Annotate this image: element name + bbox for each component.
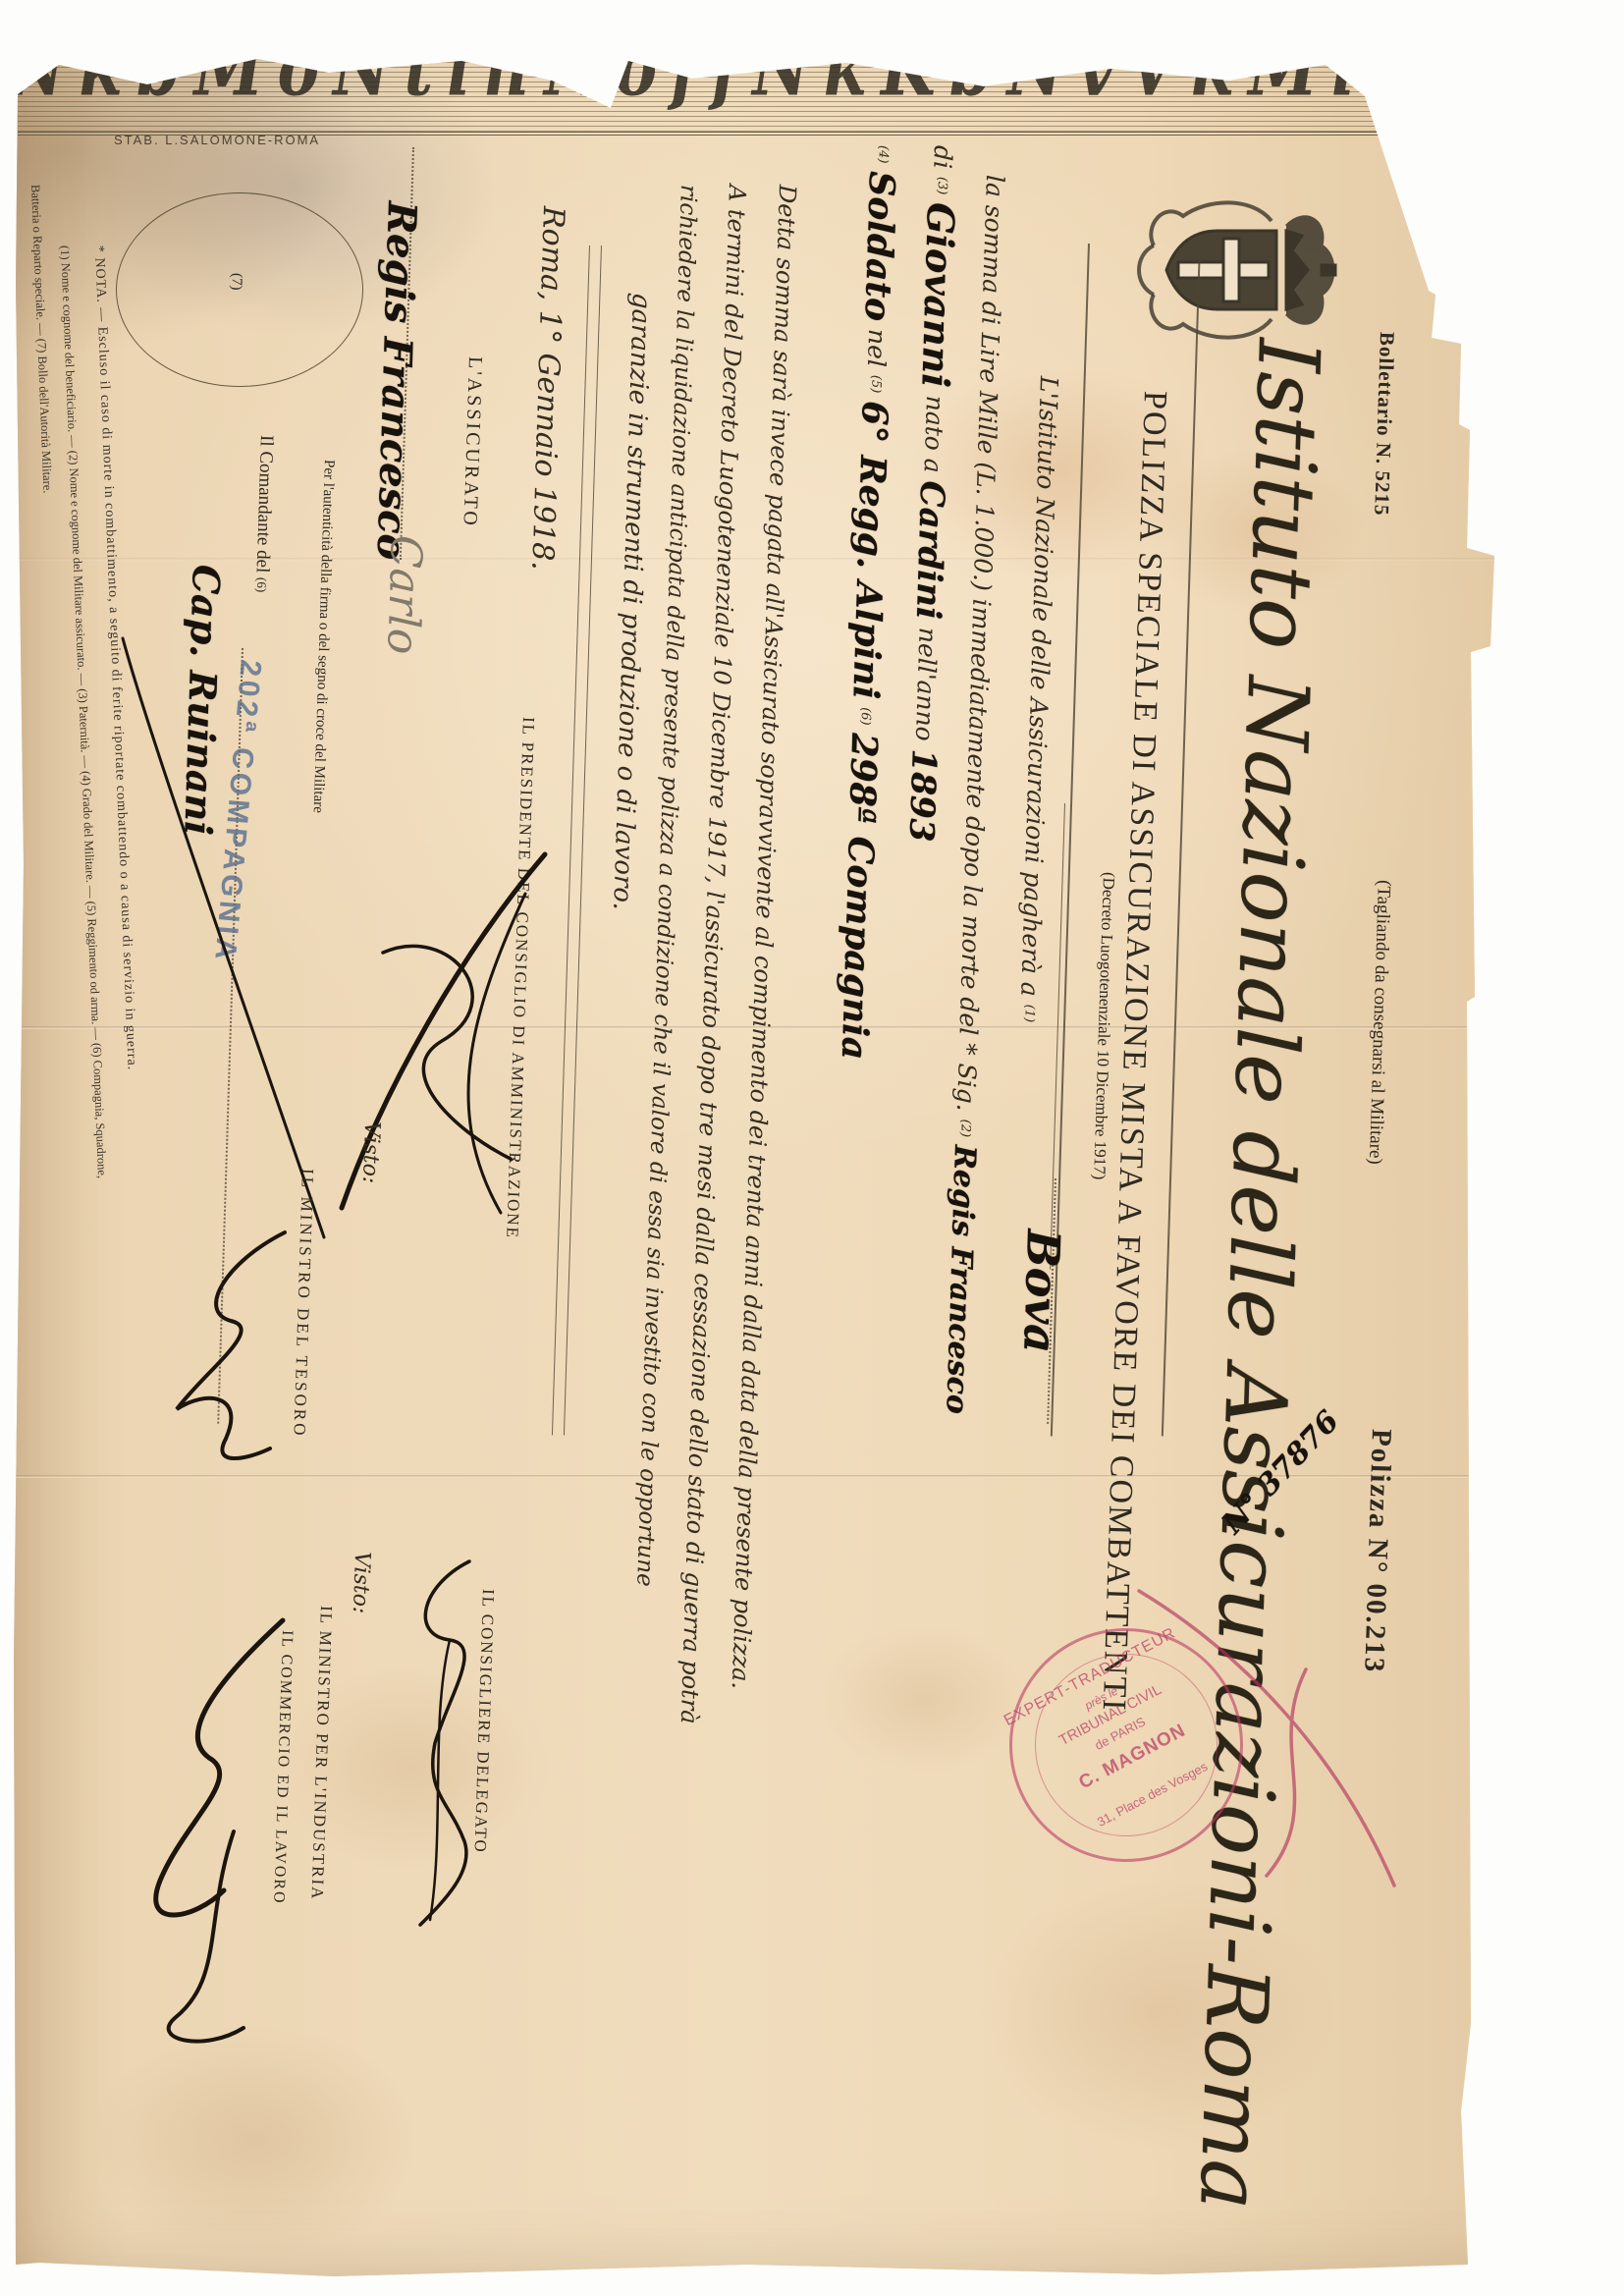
footnote-ref-2: (2) [957,1119,973,1137]
footnote-ref-6b: (6) [254,577,269,593]
father-name-handwriting: Giovanni [913,202,963,389]
company-handwriting: 298ª Compagnia [834,733,885,1061]
red-ink-paraph [1100,1532,1424,1925]
visto-label-2: Visto: [348,1552,374,1614]
regiment-handwriting: 6° Regg. Alpini [844,401,895,700]
industry-minister-label-1: IL MINISTRO PER L'INDUSTRIA [307,1606,336,1901]
treasury-minister-signature: Nitti [137,1203,304,1478]
footnote-ref-4: (4) [875,145,891,164]
dateline: Roma, 1° Gennaio 1918. [524,205,570,571]
delegate-signature: A. Beneduce [391,1547,499,1940]
asterisk-mark: * [953,1043,982,1056]
footnote-ref-6: (6) [857,707,873,726]
body-line-3: di (3) Giovanni nato a Cardini nell'anno… [899,144,965,843]
footnote-ref-3: (3) [934,177,949,195]
assicurato-signature: Regis Francesco [368,200,425,561]
visto-label-1: Visto: [357,1121,384,1184]
body-line-8: garanzie in strumenti di produzione o di… [607,293,656,911]
rank-handwriting: Soldato [856,171,902,322]
paper-sheet: NkbMoNtlhNoffNkKbNvVkMlxCwNkoMv STAB. L.… [0,0,1624,2296]
birthyear-handwriting: 1893 [901,748,944,843]
body-line-3-text2: nato a [918,387,949,481]
footnote-ref-5: (5) [868,375,884,394]
ornate-border-band: NkbMoNtlhNoffNkKbNvVkMlxCwNkoMv [18,57,1407,136]
institute-title-script: Istituto Nazionale delle Assicurazioni-R… [1180,337,1337,2211]
printer-imprint: STAB. L.SALOMONE-ROMA [114,133,320,147]
scanned-policy-document: NkbMoNtlhNoffNkKbNvVkMlxCwNkoMv STAB. L.… [0,0,1624,2296]
savoy-coat-of-arms-icon [1119,187,1345,354]
footnote-ref-1: (1) [1021,1005,1037,1023]
bollettario-number: Bollettario N. 5215 [1369,332,1399,517]
body-line-4: (4) Soldato nel (5) 6° Regg. Alpini (6) … [834,144,903,1061]
body-line-3-text: di [928,145,957,178]
border-flourish-engraving: NkbMoNtlhNoffNkKbNvVkMlxCwNkoMv [18,57,1407,114]
industry-minister-signature: Ciuffelli [116,1596,302,2067]
body-line-1: L'Istituto Nazionale delle Assicurazioni… [1014,376,1063,1023]
beneficiary-name-handwriting: Bova [1013,1229,1070,1354]
comandante-label-text: Il Comandante del [251,435,277,578]
body-line-1-text: L'Istituto Nazionale delle Assicurazioni… [1015,376,1063,1006]
body-line-2-text: la somma di Lire Mille (L. 1.000.) immed… [953,175,1009,1044]
fold-crease [0,558,1624,561]
assicurato-signature-pencil: Carlo [377,534,431,655]
body-line-3-text3: nell'anno [910,619,943,749]
comandante-label: Il Comandante del (6) [250,435,277,593]
tagliando-note: (Tagliando da consegnarsi al Militare) [1364,880,1394,1165]
nota-line-3: Batteria o Reparto speciale. — (7) Bollo… [27,185,55,494]
body-line-2-text2: Sig. [951,1055,982,1120]
insured-name-handwriting: Regis Francesco [939,1144,982,1414]
birthplace-handwriting: Cardini [908,480,951,621]
footnote-ref-7: (7) [227,273,244,291]
body-line-4-text: nel [862,321,893,376]
assicurato-label: L'ASSICURATO [459,356,486,528]
